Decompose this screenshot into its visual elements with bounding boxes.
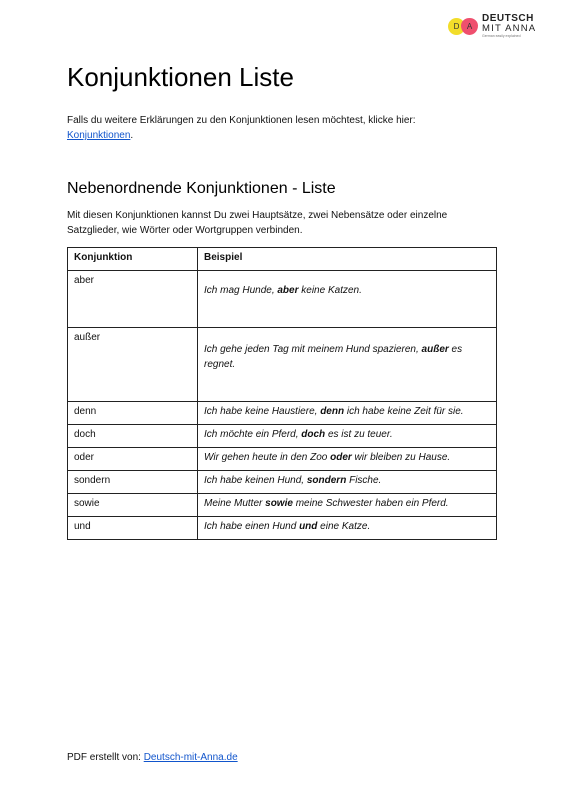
example-text: Ich möchte ein Pferd,	[204, 429, 301, 440]
footer: PDF erstellt von: Deutsch-mit-Anna.de	[67, 752, 238, 763]
footer-link[interactable]: Deutsch-mit-Anna.de	[144, 752, 238, 763]
conjunction-cell: sowie	[68, 494, 198, 517]
example-text: Meine Mutter	[204, 498, 265, 509]
example-text: Wir gehen heute in den Zoo	[204, 452, 330, 463]
table-row: außerIch gehe jeden Tag mit meinem Hund …	[68, 328, 497, 402]
table-row: dochIch möchte ein Pferd, doch es ist zu…	[68, 425, 497, 448]
example-text: Ich mag Hunde,	[204, 285, 277, 296]
table-row: sowieMeine Mutter sowie meine Schwester …	[68, 494, 497, 517]
konjunktionen-link[interactable]: Konjunktionen	[67, 130, 130, 141]
conjunction-cell: sondern	[68, 471, 198, 494]
example-cell: Wir gehen heute in den Zoo oder wir blei…	[198, 448, 497, 471]
example-cell: Meine Mutter sowie meine Schwester haben…	[198, 494, 497, 517]
footer-text: PDF erstellt von:	[67, 752, 144, 763]
example-text: es ist zu teuer.	[325, 429, 392, 440]
header-konjunktion: Konjunktion	[68, 248, 198, 271]
example-text: meine Schwester haben ein Pferd.	[293, 498, 449, 509]
intro-period: .	[130, 130, 133, 141]
example-text: Fische.	[346, 475, 381, 486]
example-conjunction: oder	[330, 452, 352, 463]
example-cell: Ich möchte ein Pferd, doch es ist zu teu…	[198, 425, 497, 448]
table-header-row: Konjunktion Beispiel	[68, 248, 497, 271]
conjunction-table: Konjunktion Beispiel aber Ich mag Hunde,…	[67, 247, 497, 540]
logo-tagline: German easily explained	[482, 35, 536, 39]
example-cell: Ich mag Hunde, aber keine Katzen.	[198, 271, 497, 328]
table-row: sondernIch habe keinen Hund, sondern Fis…	[68, 471, 497, 494]
intro-paragraph: Falls du weitere Erklärungen zu den Konj…	[67, 113, 487, 143]
example-cell: Ich habe einen Hund und eine Katze.	[198, 517, 497, 540]
example-text: ich habe keine Zeit für sie.	[344, 406, 464, 417]
example-text: keine Katzen.	[299, 285, 362, 296]
example-conjunction: denn	[320, 406, 344, 417]
example-text: eine Katze.	[317, 521, 370, 532]
example-cell: Ich habe keinen Hund, sondern Fische.	[198, 471, 497, 494]
example-text: Ich gehe jeden Tag mit meinem Hund spazi…	[204, 344, 422, 355]
example-conjunction: sondern	[307, 475, 346, 486]
example-text: wir bleiben zu Hause.	[352, 452, 450, 463]
logo-line2: MIT ANNA	[482, 24, 536, 34]
example-text: Ich habe keine Haustiere,	[204, 406, 320, 417]
example-cell: Ich gehe jeden Tag mit meinem Hund spazi…	[198, 328, 497, 402]
table-row: undIch habe einen Hund und eine Katze.	[68, 517, 497, 540]
example-conjunction: doch	[301, 429, 325, 440]
table-row: aber Ich mag Hunde, aber keine Katzen.	[68, 271, 497, 328]
logo-heart-icon: A	[461, 18, 478, 35]
intro-text: Falls du weitere Erklärungen zu den Konj…	[67, 115, 416, 126]
conjunction-cell: doch	[68, 425, 198, 448]
example-conjunction: sowie	[265, 498, 293, 509]
example-text: Ich habe keinen Hund,	[204, 475, 307, 486]
section-description: Mit diesen Konjunktionen kannst Du zwei …	[67, 208, 497, 238]
table-row: dennIch habe keine Haustiere, denn ich h…	[68, 402, 497, 425]
table-row: oderWir gehen heute in den Zoo oder wir …	[68, 448, 497, 471]
logo: D A DEUTSCH MIT ANNA German easily expla…	[448, 14, 536, 38]
conjunction-cell: aber	[68, 271, 198, 328]
conjunction-cell: denn	[68, 402, 198, 425]
header-beispiel: Beispiel	[198, 248, 497, 271]
conjunction-cell: oder	[68, 448, 198, 471]
example-cell: Ich habe keine Haustiere, denn ich habe …	[198, 402, 497, 425]
section-heading: Nebenordnende Konjunktionen - Liste	[67, 180, 336, 198]
conjunction-cell: und	[68, 517, 198, 540]
example-conjunction: und	[299, 521, 317, 532]
example-text: Ich habe einen Hund	[204, 521, 299, 532]
conjunction-cell: außer	[68, 328, 198, 402]
example-conjunction: außer	[422, 344, 449, 355]
page-title: Konjunktionen Liste	[67, 62, 294, 93]
example-conjunction: aber	[277, 285, 298, 296]
